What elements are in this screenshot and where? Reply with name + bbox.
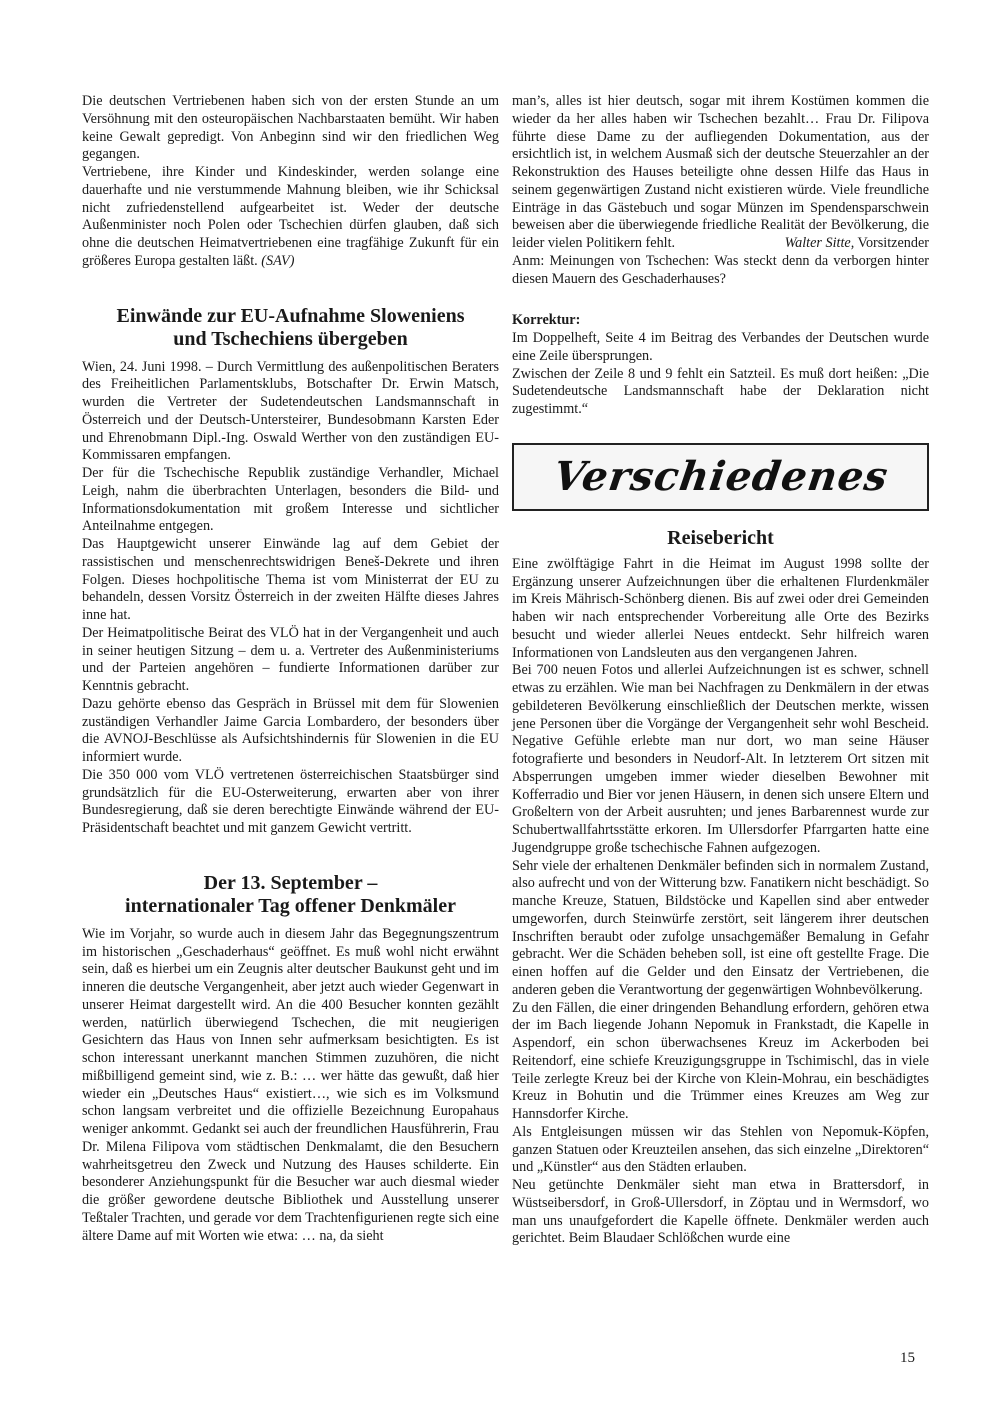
article-paragraph: Wie im Vorjahr, so wurde auch in diesem …	[82, 926, 499, 1246]
author-role: Vorsitzender	[858, 235, 929, 251]
article-paragraph: Zu den Fällen, die einer dringenden Beha…	[512, 1000, 929, 1124]
article-paragraph: Sehr viele der erhaltenen Denkmäler befi…	[512, 858, 929, 1000]
article-continued: man’s, alles ist hier deutsch, sogar mit…	[512, 93, 929, 253]
article-paragraph: Der Heimatpolitische Beirat des VLÖ hat …	[82, 625, 499, 696]
article-title: Reisebericht	[512, 527, 929, 550]
article-paragraph: Das Hauptgewicht unserer Einwände lag au…	[82, 536, 499, 625]
article-title: Einwände zur EU-Aufnahme Sloweniens und …	[82, 305, 499, 351]
article-paragraph: Eine zwölftägige Fahrt in die Heimat im …	[512, 556, 929, 663]
article-paragraph: Wien, 24. Juni 1998. – Durch Vermittlung…	[82, 359, 499, 466]
correction-paragraph: Im Doppelheft, Seite 4 im Beitrag des Ve…	[512, 330, 929, 366]
page-number: 15	[900, 1350, 915, 1367]
section-banner-title: Verschiedenes	[552, 468, 888, 486]
intro-paragraph: Die deutschen Vertriebenen haben sich vo…	[82, 93, 499, 164]
correction-paragraph: Zwischen der Zeile 8 und 9 fehlt ein Sat…	[512, 366, 929, 419]
article-paragraph: Als Entgleisungen müssen wir das Stehlen…	[512, 1124, 929, 1177]
editor-note: Anm: Meinungen von Tschechen: Was steckt…	[512, 253, 929, 289]
left-column: Die deutschen Vertriebenen haben sich vo…	[82, 93, 499, 1245]
article-denkmaeler: Der 13. September – internationaler Tag …	[82, 872, 499, 1246]
article-paragraph: Die 350 000 vom VLÖ vertretenen österrei…	[82, 767, 499, 838]
article-paragraph: Neu getünchte Denkmäler sieht man etwa i…	[512, 1177, 929, 1248]
intro-paragraph: Vertriebene, ihre Kinder und Kindeskinde…	[82, 164, 499, 271]
article-einwaende: Einwände zur EU-Aufnahme Sloweniens und …	[82, 305, 499, 838]
article-paragraph: Dazu gehörte ebenso das Gespräch in Brüs…	[82, 696, 499, 767]
correction-block: Korrektur: Im Doppelheft, Seite 4 im Bei…	[512, 312, 929, 419]
article-title: Der 13. September – internationaler Tag …	[82, 872, 499, 918]
section-banner: Verschiedenes	[512, 443, 929, 511]
right-column: man’s, alles ist hier deutsch, sogar mit…	[512, 93, 929, 1248]
article-paragraph: Bei 700 neuen Fotos und allerlei Aufzeic…	[512, 662, 929, 857]
article-paragraph: Der für die Tschechische Republik zustän…	[82, 465, 499, 536]
author-name: Walter Sitte,	[785, 235, 855, 251]
correction-heading: Korrektur:	[512, 312, 929, 330]
source-label: (SAV)	[261, 253, 294, 269]
article-reisebericht: Reisebericht Eine zwölftägige Fahrt in d…	[512, 527, 929, 1248]
